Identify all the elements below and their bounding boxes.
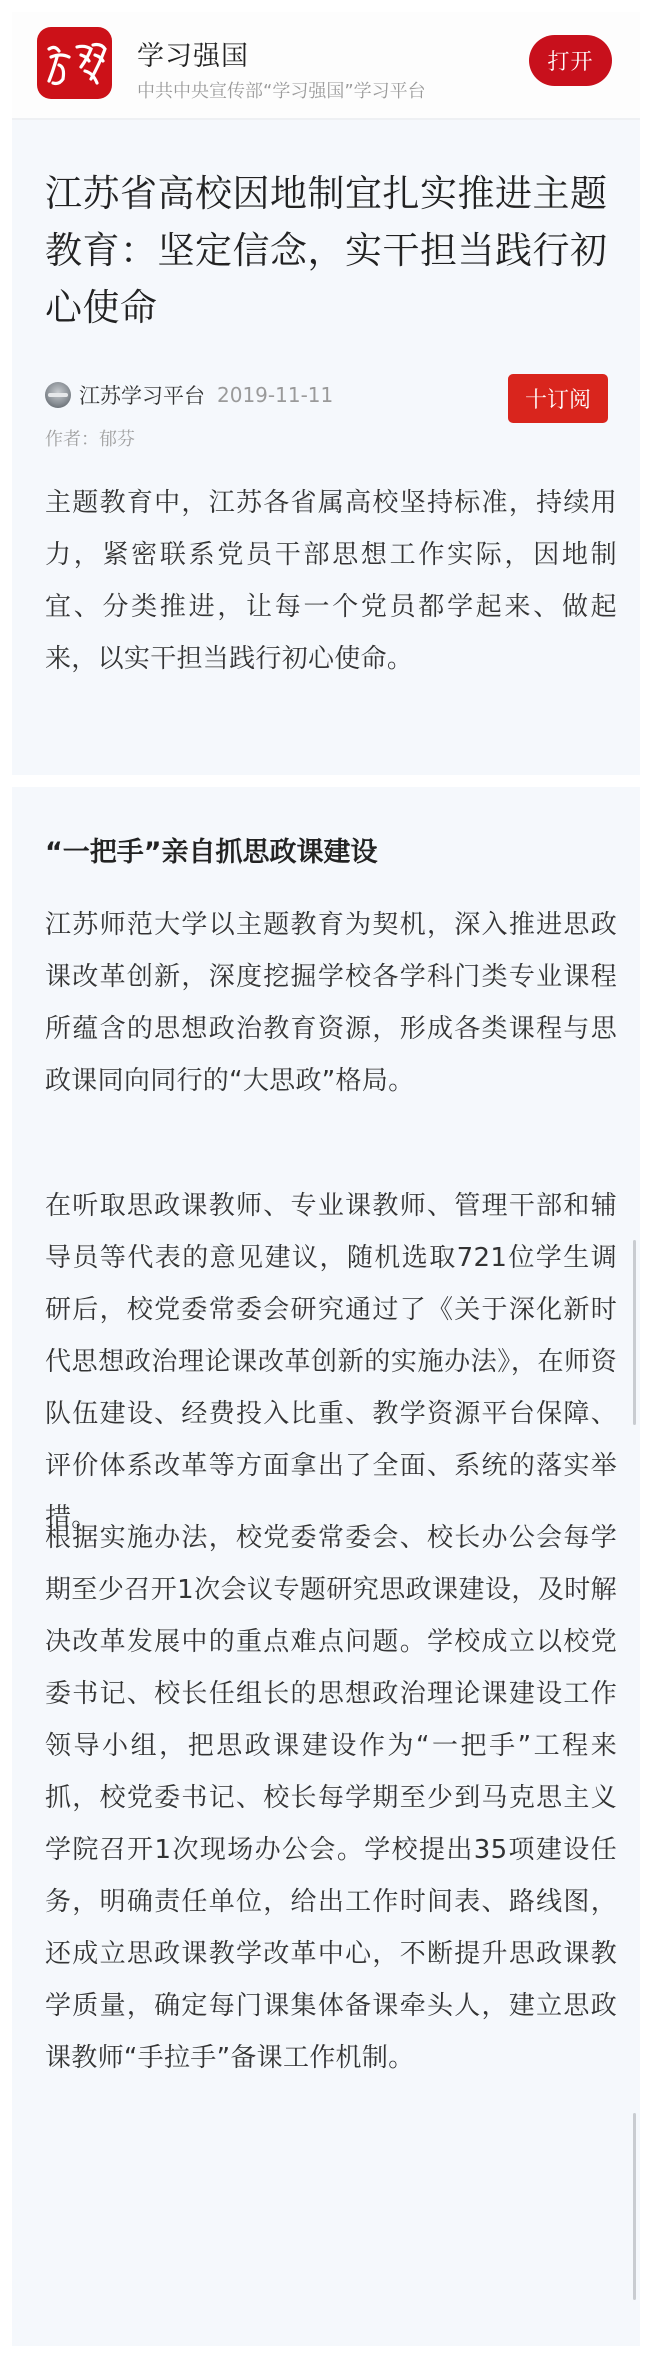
calligraphy-logo-icon [37,27,112,99]
author-label: 作者：郁芬 [45,425,135,451]
app-download-banner: 学习强国 中共中央宣传部“学习强国”学习平台 打开 [12,12,640,120]
subscribe-button[interactable]: 十订阅 [508,374,608,423]
app-name: 学习强国 [137,34,249,73]
scrollbar-thumb[interactable] [633,1240,636,1425]
body-paragraph: 在听取思政课教师、专业课教师、管理干部和辅导员等代表的意见建议，随机选取721位… [45,1180,617,1544]
article-title: 江苏省高校因地制宜扎实推进主题教育：坚定信念，实干担当践行初心使命 [45,165,615,336]
xuexi-logo-icon[interactable] [37,27,112,99]
section-heading: “一把手”亲自抓思政课建设 [45,830,378,869]
publish-date: 2019-11-11 [217,383,333,407]
article-body-card: “一把手”亲自抓思政课建设 江苏师范大学以主题教育为契机，深入推进思政课改革创新… [12,787,640,2346]
article-header-card: 江苏省高校因地制宜扎实推进主题教育：坚定信念，实干担当践行初心使命 江苏学习平台… [12,120,640,775]
app-subtitle: 中共中央宣传部“学习强国”学习平台 [137,77,426,103]
scrollbar-thumb[interactable] [633,2113,636,2300]
source-name[interactable]: 江苏学习平台 [79,380,205,410]
article-summary: 主题教育中，江苏各省属高校坚持标准，持续用力，紧密联系党员干部思想工作实际，因地… [45,477,617,685]
body-paragraph: 江苏师范大学以主题教育为契机，深入推进思政课改革创新，深度挖掘学校各学科门类专业… [45,899,617,1107]
open-app-button[interactable]: 打开 [529,35,612,86]
source-avatar-icon[interactable] [45,382,71,408]
body-paragraph: 根据实施办法，校党委常委会、校长办公会每学期至少召开1次会议专题研究思政课建设，… [45,1512,617,2084]
article-meta: 江苏学习平台 2019-11-11 [45,375,333,415]
